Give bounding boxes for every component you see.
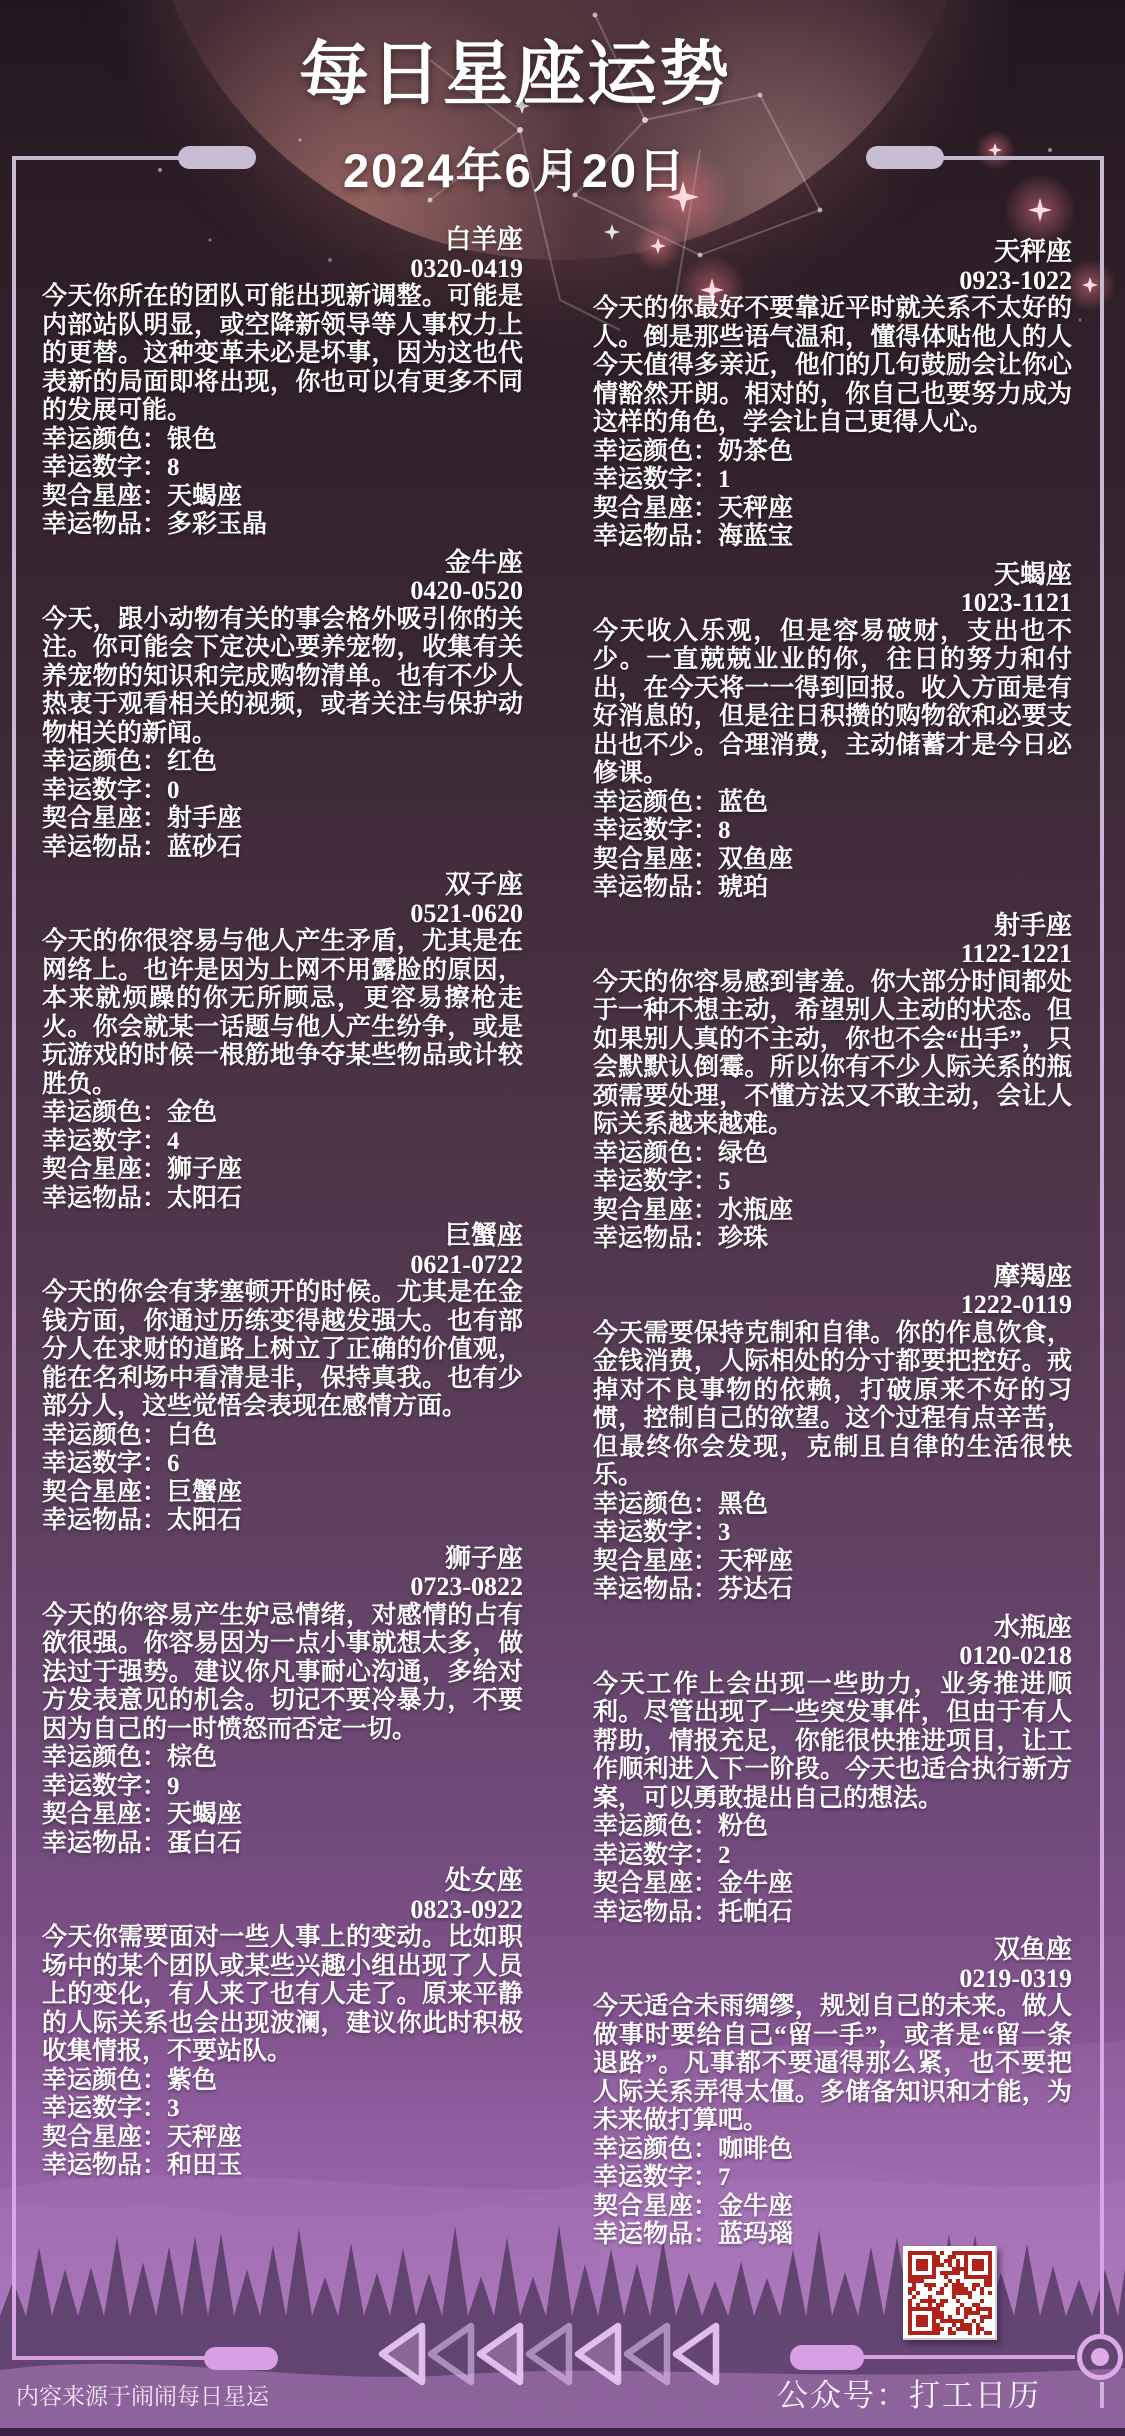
lucky-number-line: 幸运数字：1 <box>593 466 1072 495</box>
zodiac-section: 金牛座 0420-0520 今天，跟小动物有关的事会格外吸引你的关注。你可能会下… <box>42 549 523 863</box>
lucky-color-line: 幸运颜色：黑色 <box>593 1491 1072 1520</box>
zodiac-fortune-text: 今天收入乐观，但是容易破财，支出也不少。一直兢兢业业的你，往日的努力和付出，在今… <box>593 618 1072 789</box>
zodiac-section: 射手座 1122-1221 今天的你容易感到害羞。你大部分时间都处于一种不想主动… <box>593 912 1072 1254</box>
match-sign-line: 契合星座：双鱼座 <box>593 846 1072 875</box>
zodiac-column-right: 天秤座 0923-1022 今天的你最好不要靠近平时就关系不太好的人。倒是那些语… <box>593 238 1072 2250</box>
lucky-color-line: 幸运颜色：紫色 <box>42 2067 523 2096</box>
frame-line-bottom-right <box>862 2355 1075 2359</box>
zodiac-fortune-text: 今天你需要面对一些人事上的变动。比如职场中的某个团队或某些兴趣小组出现了人员上的… <box>42 1924 523 2067</box>
lucky-number-line: 幸运数字：6 <box>42 1450 523 1479</box>
lucky-color-line: 幸运颜色：绿色 <box>593 1140 1072 1169</box>
lucky-number-line: 幸运数字：8 <box>42 454 523 483</box>
lucky-item-line: 幸运物品：蛋白石 <box>42 1830 523 1859</box>
lucky-color-line: 幸运颜色：红色 <box>42 748 523 777</box>
zodiac-date-range: 0120-0218 <box>593 1642 1072 1671</box>
lucky-number-line: 幸运数字：2 <box>593 1842 1072 1871</box>
zodiac-fortune-text: 今天需要保持克制和自律。你的作息饮食，金钱消费，人际相处的分寸都要把控好。戒掉对… <box>593 1320 1072 1491</box>
zodiac-date-range: 0621-0722 <box>42 1251 523 1280</box>
match-sign-line: 契合星座：狮子座 <box>42 1156 523 1185</box>
lucky-color-line: 幸运颜色：奶茶色 <box>593 438 1072 467</box>
zodiac-name: 射手座 <box>593 912 1072 941</box>
zodiac-date-range: 0923-1022 <box>593 267 1072 296</box>
lucky-item-line: 幸运物品：芬达石 <box>593 1576 1072 1605</box>
lucky-item-line: 幸运物品：蓝玛瑙 <box>593 2221 1072 2250</box>
match-sign-line: 契合星座：天秤座 <box>42 2124 523 2153</box>
match-sign-line: 契合星座：巨蟹座 <box>42 1479 523 1508</box>
zodiac-section: 白羊座 0320-0419 今天你所在的团队可能出现新调整。可能是内部站队明显，… <box>42 226 523 540</box>
zodiac-date-range: 0723-0822 <box>42 1573 523 1602</box>
zodiac-fortune-text: 今天适合未雨绸缪，规划自己的未来。做人做事时要给自己“留一手”，或者是“留一条退… <box>593 1993 1072 2136</box>
frame-pill-bottom-right <box>790 2345 864 2370</box>
zodiac-date-range: 0521-0620 <box>42 900 523 929</box>
page-title: 每日星座运势 <box>299 18 731 119</box>
horoscope-poster: 每日星座运势 2024年6月20日 白羊座 0320-0419 今天你所在的团队… <box>0 0 1125 2436</box>
qr-code <box>903 2246 997 2340</box>
frame-line-top-left <box>12 156 180 160</box>
lucky-number-line: 幸运数字：0 <box>42 777 523 806</box>
frame-line-bottom-left <box>12 2356 206 2360</box>
lucky-item-line: 幸运物品：琥珀 <box>593 874 1072 903</box>
lucky-item-line: 幸运物品：珍珠 <box>593 1225 1072 1254</box>
frame-line-left <box>12 156 16 2360</box>
frame-pill-top-left <box>178 146 256 169</box>
zodiac-fortune-text: 今天的你会有茅塞顿开的时候。尤其是在金钱方面，你通过历练变得越发强大。也有部分人… <box>42 1279 523 1422</box>
lucky-color-line: 幸运颜色：咖啡色 <box>593 2136 1072 2165</box>
footer-source-text: 内容来源于闹闹每日星运 <box>16 2378 269 2411</box>
zodiac-fortune-text: 今天，跟小动物有关的事会格外吸引你的关注。你可能会下定决心要养宠物，收集有关养宠… <box>42 606 523 749</box>
zodiac-name: 天秤座 <box>593 238 1072 267</box>
match-sign-line: 契合星座：天秤座 <box>593 495 1072 524</box>
zodiac-name: 狮子座 <box>42 1545 523 1574</box>
lucky-item-line: 幸运物品：太阳石 <box>42 1185 523 1214</box>
zodiac-name: 处女座 <box>42 1867 523 1896</box>
lucky-item-line: 幸运物品：海蓝宝 <box>593 523 1072 552</box>
page-date: 2024年6月20日 <box>343 134 687 201</box>
frame-line-right <box>1100 156 1104 2334</box>
zodiac-date-range: 1222-0119 <box>593 1291 1072 1320</box>
lucky-item-line: 幸运物品：多彩玉晶 <box>42 511 523 540</box>
zodiac-name: 水瓶座 <box>593 1614 1072 1643</box>
lucky-item-line: 幸运物品：和田玉 <box>42 2152 523 2181</box>
zodiac-section: 双鱼座 0219-0319 今天适合未雨绸缪，规划自己的未来。做人做事时要给自己… <box>593 1936 1072 2250</box>
zodiac-section: 处女座 0823-0922 今天你需要面对一些人事上的变动。比如职场中的某个团队… <box>42 1867 523 2181</box>
lucky-item-line: 幸运物品：蓝砂石 <box>42 834 523 863</box>
lucky-number-line: 幸运数字：4 <box>42 1128 523 1157</box>
match-sign-line: 契合星座：天蝎座 <box>42 483 523 512</box>
frame-pill-top-right <box>866 146 944 169</box>
lucky-color-line: 幸运颜色：银色 <box>42 426 523 455</box>
lucky-number-line: 幸运数字：3 <box>42 2095 523 2124</box>
lucky-color-line: 幸运颜色：粉色 <box>593 1813 1072 1842</box>
zodiac-column-left: 白羊座 0320-0419 今天你所在的团队可能出现新调整。可能是内部站队明显，… <box>42 226 523 2181</box>
frame-pill-bottom-left <box>204 2347 278 2370</box>
zodiac-section: 天蝎座 1023-1121 今天收入乐观，但是容易破财，支出也不少。一直兢兢业业… <box>593 561 1072 903</box>
footer-account-text: 公众号：打工日历 <box>777 2370 1041 2415</box>
zodiac-date-range: 0823-0922 <box>42 1896 523 1925</box>
zodiac-fortune-text: 今天的你容易感到害羞。你大部分时间都处于一种不想主动，希望别人主动的状态。但如果… <box>593 969 1072 1140</box>
zodiac-date-range: 1023-1121 <box>593 589 1072 618</box>
zodiac-name: 摩羯座 <box>593 1263 1072 1292</box>
lucky-number-line: 幸运数字：9 <box>42 1773 523 1802</box>
match-sign-line: 契合星座：金牛座 <box>593 1870 1072 1899</box>
zodiac-name: 金牛座 <box>42 549 523 578</box>
match-sign-line: 契合星座：天蝎座 <box>42 1801 523 1830</box>
triangle-decor <box>372 2320 772 2396</box>
zodiac-fortune-text: 今天的你很容易与他人产生矛盾，尤其是在网络上。也许是因为上网不用露脸的原因，本来… <box>42 928 523 1099</box>
lucky-number-line: 幸运数字：8 <box>593 817 1072 846</box>
zodiac-date-range: 0420-0520 <box>42 577 523 606</box>
lucky-item-line: 幸运物品：太阳石 <box>42 1507 523 1536</box>
zodiac-date-range: 0320-0419 <box>42 255 523 284</box>
zodiac-name: 双鱼座 <box>593 1936 1072 1965</box>
zodiac-fortune-text: 今天工作上会出现一些助力，业务推进顺利。尽管出现了一些突发事件，但由于有人帮助，… <box>593 1671 1072 1814</box>
zodiac-section: 双子座 0521-0620 今天的你很容易与他人产生矛盾，尤其是在网络上。也许是… <box>42 871 523 1213</box>
lucky-color-line: 幸运颜色：蓝色 <box>593 789 1072 818</box>
zodiac-section: 摩羯座 1222-0119 今天需要保持克制和自律。你的作息饮食，金钱消费，人际… <box>593 1263 1072 1605</box>
match-sign-line: 契合星座：天秤座 <box>593 1548 1072 1577</box>
bottom-edge-shade <box>0 2428 1125 2436</box>
lucky-number-line: 幸运数字：7 <box>593 2164 1072 2193</box>
frame-line-top-right <box>942 156 1102 160</box>
zodiac-fortune-text: 今天的你容易产生妒忌情绪，对感情的占有欲很强。你容易因为一点小事就想太多，做法过… <box>42 1602 523 1745</box>
qr-code-grid <box>908 2251 992 2335</box>
frame-circle-dot <box>1091 2348 1109 2366</box>
zodiac-section: 天秤座 0923-1022 今天的你最好不要靠近平时就关系不太好的人。倒是那些语… <box>593 238 1072 552</box>
match-sign-line: 契合星座：射手座 <box>42 805 523 834</box>
lucky-number-line: 幸运数字：5 <box>593 1168 1072 1197</box>
lucky-color-line: 幸运颜色：棕色 <box>42 1744 523 1773</box>
zodiac-name: 巨蟹座 <box>42 1222 523 1251</box>
lucky-number-line: 幸运数字：3 <box>593 1519 1072 1548</box>
zodiac-date-range: 1122-1221 <box>593 940 1072 969</box>
match-sign-line: 契合星座：水瓶座 <box>593 1197 1072 1226</box>
zodiac-name: 天蝎座 <box>593 561 1072 590</box>
zodiac-fortune-text: 今天你所在的团队可能出现新调整。可能是内部站队明显，或空降新领导等人事权力上的更… <box>42 283 523 426</box>
zodiac-section: 狮子座 0723-0822 今天的你容易产生妒忌情绪，对感情的占有欲很强。你容易… <box>42 1545 523 1859</box>
zodiac-name: 双子座 <box>42 871 523 900</box>
zodiac-name: 白羊座 <box>42 226 523 255</box>
zodiac-section: 水瓶座 0120-0218 今天工作上会出现一些助力，业务推进顺利。尽管出现了一… <box>593 1614 1072 1928</box>
zodiac-date-range: 0219-0319 <box>593 1965 1072 1994</box>
match-sign-line: 契合星座：金牛座 <box>593 2193 1072 2222</box>
frame-line-stub <box>1100 2382 1104 2408</box>
zodiac-section: 巨蟹座 0621-0722 今天的你会有茅塞顿开的时候。尤其是在金钱方面，你通过… <box>42 1222 523 1536</box>
lucky-color-line: 幸运颜色：白色 <box>42 1422 523 1451</box>
lucky-color-line: 幸运颜色：金色 <box>42 1099 523 1128</box>
zodiac-fortune-text: 今天的你最好不要靠近平时就关系不太好的人。倒是那些语气温和，懂得体贴他人的人今天… <box>593 295 1072 438</box>
lucky-item-line: 幸运物品：托帕石 <box>593 1899 1072 1928</box>
